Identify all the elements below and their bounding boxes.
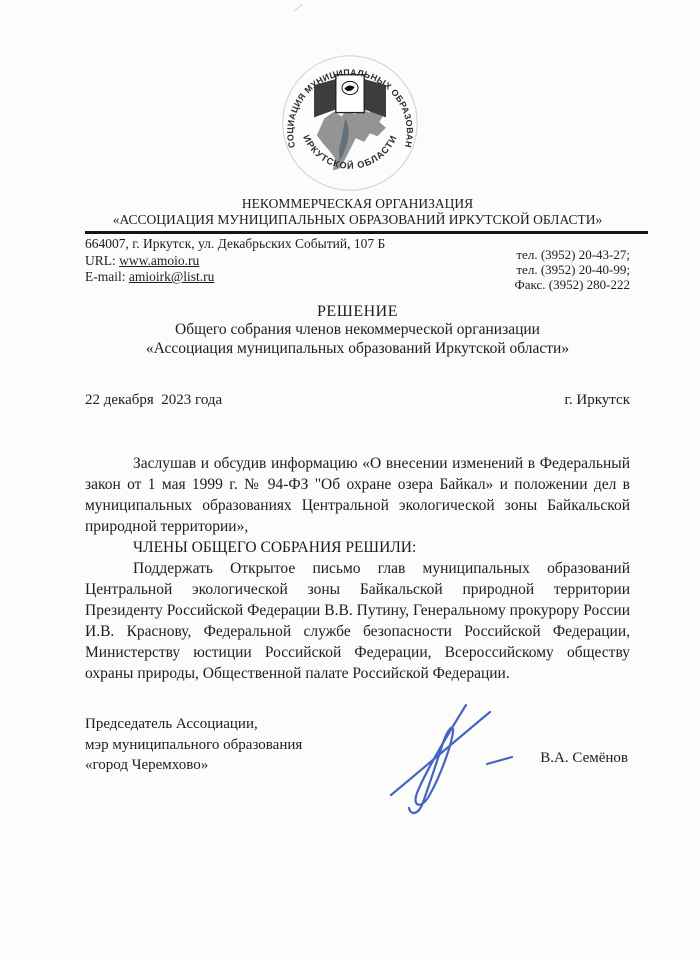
org-type-line: НЕКОММЕРЧЕСКАЯ ОРГАНИЗАЦИЯ xyxy=(85,196,630,212)
signer-position: Председатель Ассоциации, мэр муниципальн… xyxy=(85,714,377,829)
logo-container: АССОЦИАЦИЯ МУНИЦИПАЛЬНЫХ ОБРАЗОВАНИЙ ИРК… xyxy=(0,0,700,194)
org-name-line: «АССОЦИАЦИЯ МУНИЦИПАЛЬНЫХ ОБРАЗОВАНИЙ ИР… xyxy=(85,212,630,228)
dateline: 22 декабря 2023 года г. Иркутск xyxy=(85,392,630,409)
resolved-heading: ЧЛЕНЫ ОБЩЕГО СОБРАНИЯ РЕШИЛИ: xyxy=(85,537,630,558)
association-emblem-logo: АССОЦИАЦИЯ МУНИЦИПАЛЬНЫХ ОБРАЗОВАНИЙ ИРК… xyxy=(279,52,421,194)
phone-line-1: тел. (3952) 20-43-27; xyxy=(514,247,630,262)
url-label: URL: xyxy=(85,253,119,268)
document-date: 22 декабря 2023 года xyxy=(85,392,222,409)
fax-line: Факс. (3952) 280-222 xyxy=(514,277,630,292)
email-address: amioirk@list.ru xyxy=(129,269,215,284)
document-place: г. Иркутск xyxy=(564,392,630,409)
signer-name: В.А. Семёнов xyxy=(540,750,628,767)
contact-block: 664007, г. Иркутск, ул. Декабрьских Собы… xyxy=(85,236,630,292)
document-subtitle-line-1: Общего собрания членов некоммерческой ор… xyxy=(85,321,630,340)
document-subtitle-line-2: «Ассоциация муниципальных образований Ир… xyxy=(85,340,630,359)
signer-position-line-1: Председатель Ассоциации, xyxy=(85,714,377,735)
document-title: РЕШЕНИЕ xyxy=(85,302,630,321)
contact-right-column: тел. (3952) 20-43-27; тел. (3952) 20-40-… xyxy=(514,247,630,292)
document-content: НЕКОММЕРЧЕСКАЯ ОРГАНИЗАЦИЯ «АССОЦИАЦИЯ М… xyxy=(0,196,700,829)
body-paragraph-2: Поддержать Открытое письмо глав муниципа… xyxy=(85,558,630,684)
scanned-document-page: АССОЦИАЦИЯ МУНИЦИПАЛЬНЫХ ОБРАЗОВАНИЙ ИРК… xyxy=(0,0,700,961)
body-paragraph-1: Заслушав и обсудив информацию «О внесени… xyxy=(85,453,630,537)
email-label: E-mail: xyxy=(85,269,129,284)
phone-line-2: тел. (3952) 20-40-99; xyxy=(514,262,630,277)
signer-position-line-2: мэр муниципального образования xyxy=(85,735,377,756)
website-url: www.amoio.ru xyxy=(119,253,199,268)
letterhead-divider-rule xyxy=(85,231,648,234)
letterhead: НЕКОММЕРЧЕСКАЯ ОРГАНИЗАЦИЯ «АССОЦИАЦИЯ М… xyxy=(85,196,630,228)
signer-position-line-3: «город Черемхово» xyxy=(85,755,377,776)
handwritten-signature-icon xyxy=(369,698,525,818)
signature-area: В.А. Семёнов xyxy=(377,714,630,829)
signature-block: Председатель Ассоциации, мэр муниципальн… xyxy=(85,714,630,829)
contact-left-column: 664007, г. Иркутск, ул. Декабрьских Собы… xyxy=(85,236,385,292)
address-line: 664007, г. Иркутск, ул. Декабрьских Собы… xyxy=(85,236,385,253)
email-line: E-mail: amioirk@list.ru xyxy=(85,269,385,286)
document-body: Заслушав и обсудив информацию «О внесени… xyxy=(85,453,630,684)
url-line: URL: www.amoio.ru xyxy=(85,253,385,270)
